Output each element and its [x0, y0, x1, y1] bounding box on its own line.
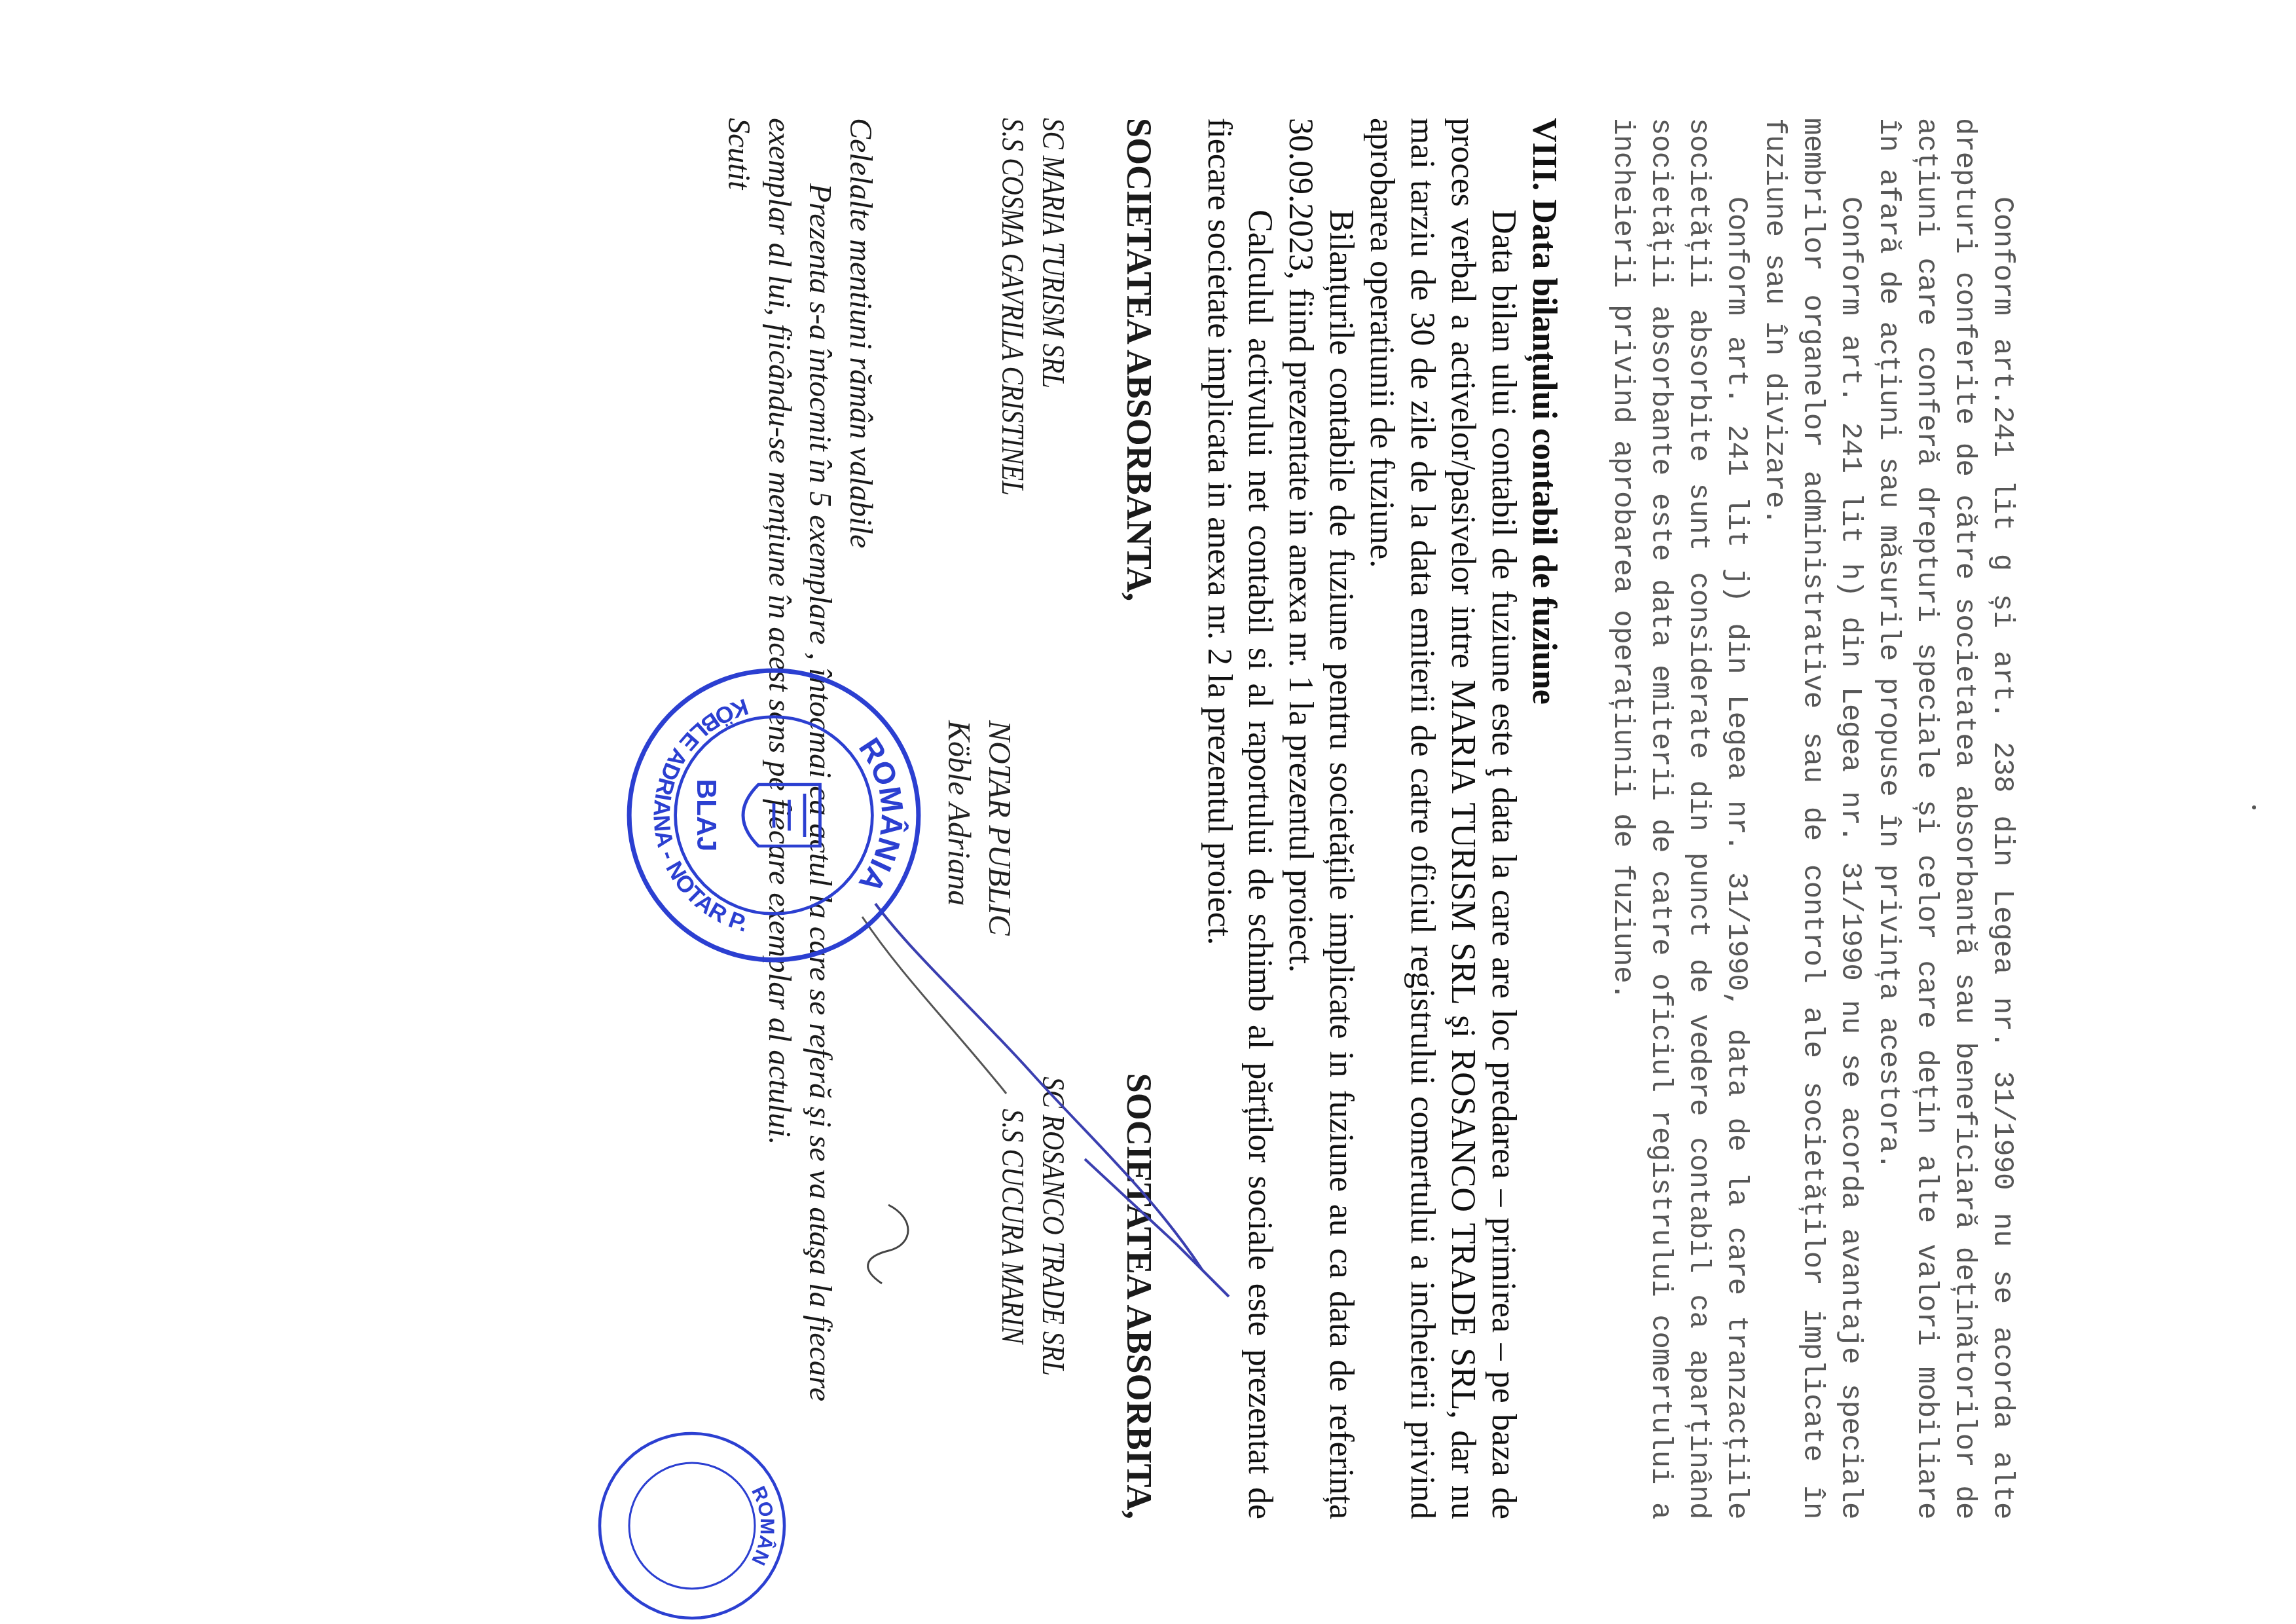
scan-speck	[2252, 805, 2256, 809]
svg-text:ROMÂNIA: ROMÂNIA	[852, 731, 910, 899]
document-page: Conform art.241 lit g și art. 238 din Le…	[0, 0, 2296, 1624]
section-title: VIII. Data bilanțului contabil de fuziun…	[1523, 118, 1564, 1519]
absorbing-company-name: SC MARIA TURISM SRL	[1032, 118, 1073, 496]
paragraph-art-241-h: Conform art. 241 lit h) din Legea nr. 31…	[1755, 118, 1869, 1519]
svg-text:BLAJ: BLAJ	[691, 779, 722, 851]
svg-text:ROMÂN: ROMÂN	[747, 1483, 778, 1568]
paragraph-bilanturi: Bilanțurile contabile de fuziune pentru …	[1280, 118, 1361, 1519]
paragraph-art-241-j: Conform art. 241 lit j) din Legea nr. 31…	[1603, 118, 1755, 1519]
notary-stamp-icon: ROMÂNIA KÖBLE ADRIANA - NOTAR P. BLAJ	[620, 661, 928, 969]
absorbing-company-heading: SOCIETATEA ABSORBANTA,	[1119, 118, 1159, 790]
absorbing-company-signatory: S.S COSMA GAVRILA CRISTINEL	[992, 118, 1032, 496]
notary-name: Köble Adriana	[938, 720, 979, 935]
absorbing-company-block: SC MARIA TURISM SRL S.S COSMA GAVRILA CR…	[992, 118, 1073, 496]
paragraph-art-241-g: Conform art.241 lit g și art. 238 din Le…	[1869, 118, 2021, 1519]
paragraph-data-bilant: Data bilan ului contabil de fuziune este…	[1361, 118, 1523, 1519]
notary-title: NOTAR PUBLIC	[979, 720, 1019, 935]
notary-signature: NOTAR PUBLIC Köble Adriana	[938, 720, 1019, 935]
typewriter-section: Conform art.241 lit g și art. 238 din Le…	[1603, 118, 2021, 1519]
partial-stamp-icon: ROMÂN	[594, 1428, 790, 1624]
